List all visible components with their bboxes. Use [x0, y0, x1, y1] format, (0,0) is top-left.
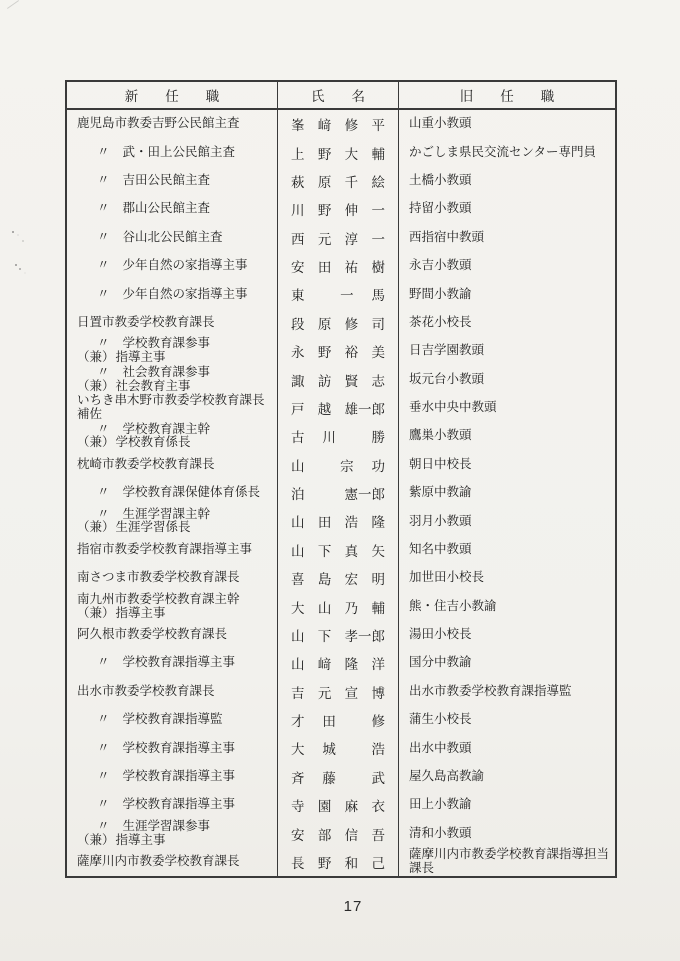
position-line: 〃学校教育課保健体育係長: [77, 486, 275, 500]
position-line: 〃社会教育課参事: [77, 366, 275, 380]
name-unit: 吾: [371, 824, 385, 844]
name-unit: 諏: [291, 370, 305, 390]
cell-old-position: 清和小教頭: [399, 819, 615, 847]
cell-old-position: 出水中教頭: [399, 734, 615, 762]
cell-name: 山下真矢: [278, 536, 399, 564]
name-unit: 戸: [291, 398, 305, 418]
concurrent-post-mark: （兼）: [77, 607, 115, 621]
old-position-text: 野間小教諭: [409, 288, 472, 302]
table-row: 〃学校教育課保健体育係長泊憲一郎紫原中教諭: [67, 479, 615, 507]
name-unit: 淳: [345, 228, 359, 248]
old-position-text: 西指宿中教頭: [409, 231, 484, 245]
name-unit: 東: [291, 284, 305, 304]
header-label-old-position: 旧 任 職: [460, 85, 555, 105]
cell-new-position: 南九州市教委学校教育課主幹（兼）指導主事: [67, 592, 278, 620]
old-position-text: 持留小教頭: [409, 202, 472, 216]
table-row: 〃学校教育課指導主事大城浩出水中教頭: [67, 734, 615, 762]
position-text: 枕崎市教委学校教育課長: [77, 458, 215, 472]
name-unit: 野: [318, 143, 332, 163]
name-unit: 憲一郎: [345, 483, 386, 503]
name-unit: 斉: [291, 767, 305, 787]
position-line: 〃吉田公民館主査: [77, 174, 275, 188]
name-unit: 一: [371, 228, 385, 248]
cell-old-position: 薩摩川内市教委学校教育課指導担当課長: [399, 848, 615, 876]
ditto-mark: 〃: [97, 742, 110, 756]
old-position-text: 朝日中校長: [409, 458, 472, 472]
position-line: （兼）生涯学習係長: [77, 521, 275, 535]
name-unit: 孝一郎: [345, 625, 386, 645]
old-position-text: 鷹巣小教頭: [409, 429, 472, 443]
position-text: 武・田上公民館主査: [123, 146, 236, 160]
position-line: （兼）指導主事: [77, 351, 275, 365]
name-unit: 田: [318, 256, 332, 276]
cell-name: 安部信吾: [278, 819, 399, 847]
scanned-document-page: 新 任 職 氏 名 旧 任 職 鹿児島市教委吉野公民館主査峯﨑修平山重小教頭〃武…: [0, 0, 680, 961]
concurrent-post-mark: （兼）: [77, 834, 115, 848]
name-unit: 段: [291, 313, 305, 333]
old-position-text: 知名中教頭: [409, 543, 472, 557]
position-text: いちき串木野市教委学校教育課長補佐: [77, 394, 275, 422]
name-unit: 絵: [371, 171, 385, 191]
name-unit: 祐: [345, 256, 359, 276]
ditto-mark: 〃: [97, 337, 110, 351]
position-text: 学校教育課指導主事: [123, 742, 236, 756]
name-unit: 一: [371, 199, 385, 219]
cell-old-position: かごしま県民交流センター専門員: [399, 138, 615, 166]
name-unit: 才: [291, 710, 305, 730]
name-unit: 修: [371, 710, 385, 730]
cell-old-position: 日吉学園教頭: [399, 337, 615, 365]
position-text: 少年自然の家指導主事: [123, 259, 248, 273]
cell-old-position: 湯田小校長: [399, 621, 615, 649]
name-unit: 樹: [371, 256, 385, 276]
position-text: 生涯学習課参事: [123, 820, 211, 834]
cell-name: 東一馬: [278, 280, 399, 308]
name-unit: 泊: [291, 483, 305, 503]
cell-name: 山宗功: [278, 451, 399, 479]
name-unit: 馬: [371, 284, 385, 304]
cell-new-position: 鹿児島市教委吉野公民館主査: [67, 110, 278, 138]
position-line: 〃少年自然の家指導主事: [77, 259, 275, 273]
ditto-mark: 〃: [97, 798, 110, 812]
name-unit: 大: [291, 597, 305, 617]
cell-name: 大城浩: [278, 734, 399, 762]
name-unit: 元: [318, 682, 332, 702]
cell-new-position: 〃学校教育課指導監: [67, 706, 278, 734]
concurrent-post-mark: （兼）: [77, 436, 115, 450]
position-line: 〃学校教育課指導主事: [77, 770, 275, 784]
name-unit: 洋: [371, 653, 385, 673]
position-text: 指宿市教委学校教育課指導主事: [77, 543, 252, 557]
cell-name: 諏訪賢志: [278, 365, 399, 393]
concurrent-post-mark: （兼）: [77, 380, 115, 394]
position-text: 指導主事: [116, 834, 166, 848]
name-unit: 裕: [345, 341, 359, 361]
old-position-text: 土橋小教頭: [409, 174, 472, 188]
name-unit: 和: [345, 852, 359, 872]
cell-old-position: 鷹巣小教頭: [399, 422, 615, 450]
ditto-mark: 〃: [97, 174, 110, 188]
name-unit: 山: [291, 455, 305, 475]
cell-new-position: いちき串木野市教委学校教育課長補佐: [67, 394, 278, 422]
position-line: 〃学校教育課指導主事: [77, 798, 275, 812]
table-row: 薩摩川内市教委学校教育課長長野和己薩摩川内市教委学校教育課指導担当課長: [67, 848, 615, 876]
name-unit: 宏: [345, 568, 359, 588]
cell-old-position: 屋久島高教諭: [399, 763, 615, 791]
position-text: 学校教育課指導主事: [123, 770, 236, 784]
name-unit: 﨑: [318, 114, 332, 134]
table-row: 〃学校教育課指導主事斉藤武屋久島高教諭: [67, 763, 615, 791]
table-row: 〃少年自然の家指導主事東一馬野間小教諭: [67, 280, 615, 308]
name-unit: 平: [371, 114, 385, 134]
name-unit: 山: [291, 625, 305, 645]
cell-old-position: 土橋小教頭: [399, 167, 615, 195]
name-unit: 萩: [291, 171, 305, 191]
position-text: 鹿児島市教委吉野公民館主査: [77, 117, 240, 131]
table-row: 〃社会教育課参事（兼）社会教育主事諏訪賢志坂元台小教頭: [67, 365, 615, 393]
table-row: 〃谷山北公民館主査西元淳一西指宿中教頭: [67, 224, 615, 252]
old-position-text: 清和小教頭: [409, 827, 472, 841]
position-text: 学校教育課指導主事: [123, 656, 236, 670]
cell-new-position: 出水市教委学校教育課長: [67, 678, 278, 706]
old-position-text: 湯田小校長: [409, 628, 472, 642]
name-unit: 寺: [291, 795, 305, 815]
cell-name: 山下孝一郎: [278, 621, 399, 649]
position-line: （兼）学校教育係長: [77, 436, 275, 450]
name-unit: 隆: [371, 511, 385, 531]
name-unit: 野: [318, 852, 332, 872]
header-cell-old-position: 旧 任 職: [399, 82, 615, 108]
scan-scratch: [7, 0, 19, 9]
cell-old-position: 茶花小校長: [399, 309, 615, 337]
table-row: 〃生涯学習課参事（兼）指導主事安部信吾清和小教頭: [67, 819, 615, 847]
old-position-text: 出水市教委学校教育課指導監: [409, 685, 572, 699]
cell-new-position: 〃学校教育課指導主事: [67, 791, 278, 819]
name-unit: 元: [318, 228, 332, 248]
position-text: 学校教育課指導監: [123, 713, 223, 727]
position-line: 〃学校教育課参事: [77, 337, 275, 351]
name-unit: 宣: [345, 682, 359, 702]
cell-new-position: 〃郡山公民館主査: [67, 195, 278, 223]
position-line: （兼）社会教育主事: [77, 380, 275, 394]
name-unit: 修: [345, 114, 359, 134]
position-line: 南さつま市教委学校教育課長: [77, 571, 275, 585]
position-line: 〃谷山北公民館主査: [77, 231, 275, 245]
table-row: 出水市教委学校教育課長吉元宣博出水市教委学校教育課指導監: [67, 678, 615, 706]
position-line: 〃郡山公民館主査: [77, 202, 275, 216]
old-position-text: 出水中教頭: [409, 742, 472, 756]
position-text: 薩摩川内市教委学校教育課長: [77, 855, 240, 869]
position-text: 指導主事: [116, 607, 166, 621]
ditto-mark: 〃: [97, 231, 110, 245]
cell-old-position: 持留小教頭: [399, 195, 615, 223]
name-unit: 衣: [371, 795, 385, 815]
cell-old-position: 野間小教諭: [399, 280, 615, 308]
cell-new-position: 〃学校教育課参事（兼）指導主事: [67, 337, 278, 365]
name-unit: 山: [318, 597, 332, 617]
name-unit: 喜: [291, 568, 305, 588]
name-unit: 田: [322, 710, 336, 730]
cell-new-position: 〃学校教育課指導主事: [67, 734, 278, 762]
personnel-transfer-table: 新 任 職 氏 名 旧 任 職 鹿児島市教委吉野公民館主査峯﨑修平山重小教頭〃武…: [65, 80, 617, 878]
position-line: 薩摩川内市教委学校教育課長: [77, 855, 275, 869]
name-unit: 訪: [318, 370, 332, 390]
table-row: 〃吉田公民館主査萩原千絵土橋小教頭: [67, 167, 615, 195]
position-text: 出水市教委学校教育課長: [77, 685, 215, 699]
old-position-text: 蒲生小校長: [409, 713, 472, 727]
position-line: 出水市教委学校教育課長: [77, 685, 275, 699]
old-position-text: 垂水中央中教頭: [409, 401, 497, 415]
position-text: 日置市教委学校教育課長: [77, 316, 215, 330]
table-row: 〃学校教育課主幹（兼）学校教育係長古川勝鷹巣小教頭: [67, 422, 615, 450]
header-cell-new-position: 新 任 職: [67, 82, 278, 108]
name-unit: 野: [318, 341, 332, 361]
position-text: 学校教育課保健体育係長: [123, 486, 261, 500]
cell-old-position: 田上小教諭: [399, 791, 615, 819]
old-position-text: 永吉小教頭: [409, 259, 472, 273]
table-row: 〃学校教育課参事（兼）指導主事永野裕美日吉学園教頭: [67, 337, 615, 365]
name-unit: 長: [291, 852, 305, 872]
old-position-text: 加世田小校長: [409, 571, 484, 585]
name-unit: 原: [318, 171, 332, 191]
name-unit: 浩: [371, 738, 385, 758]
cell-new-position: 南さつま市教委学校教育課長: [67, 564, 278, 592]
position-line: 阿久根市教委学校教育課長: [77, 628, 275, 642]
name-unit: 明: [371, 568, 385, 588]
name-unit: 山: [291, 653, 305, 673]
position-line: （兼）指導主事: [77, 834, 275, 848]
name-unit: 美: [371, 341, 385, 361]
position-text: 阿久根市教委学校教育課長: [77, 628, 227, 642]
name-unit: 山: [291, 511, 305, 531]
table-row: いちき串木野市教委学校教育課長補佐戸越雄一郎垂水中央中教頭: [67, 394, 615, 422]
cell-name: 斉藤武: [278, 763, 399, 791]
ditto-mark: 〃: [97, 713, 110, 727]
table-row: 〃生涯学習課主幹（兼）生涯学習係長山田浩隆羽月小教頭: [67, 507, 615, 535]
name-unit: 上: [291, 143, 305, 163]
position-text: 南九州市教委学校教育課主幹: [77, 593, 240, 607]
old-position-text: 熊・住吉小教諭: [409, 600, 497, 614]
name-unit: 大: [345, 143, 359, 163]
position-text: 郡山公民館主査: [123, 202, 211, 216]
name-unit: 輔: [371, 143, 385, 163]
name-unit: 博: [371, 682, 385, 702]
cell-name: 戸越雄一郎: [278, 394, 399, 422]
cell-name: 西元淳一: [278, 224, 399, 252]
name-unit: 部: [318, 824, 332, 844]
table-row: 鹿児島市教委吉野公民館主査峯﨑修平山重小教頭: [67, 110, 615, 138]
name-unit: 司: [371, 313, 385, 333]
name-unit: 川: [322, 426, 336, 446]
name-unit: 川: [291, 199, 305, 219]
name-unit: 島: [318, 568, 332, 588]
ditto-mark: 〃: [97, 820, 110, 834]
position-text: 生涯学習係長: [116, 521, 191, 535]
cell-new-position: 〃学校教育課指導主事: [67, 763, 278, 791]
old-position-text: 国分中教諭: [409, 656, 472, 670]
name-unit: 下: [318, 540, 332, 560]
cell-old-position: 国分中教諭: [399, 649, 615, 677]
scan-speck: [15, 264, 17, 266]
name-unit: 雄一郎: [345, 398, 386, 418]
table-row: 〃武・田上公民館主査上野大輔かごしま県民交流センター専門員: [67, 138, 615, 166]
name-unit: 吉: [291, 682, 305, 702]
old-position-text: 屋久島高教諭: [409, 770, 484, 784]
position-text: 学校教育係長: [116, 436, 191, 450]
ditto-mark: 〃: [97, 770, 110, 784]
cell-new-position: 〃学校教育課指導主事: [67, 649, 278, 677]
cell-name: 長野和己: [278, 848, 399, 876]
cell-name: 安田祐樹: [278, 252, 399, 280]
position-line: 枕崎市教委学校教育課長: [77, 458, 275, 472]
cell-new-position: 日置市教委学校教育課長: [67, 309, 278, 337]
table-row: 指宿市教委学校教育課指導主事山下真矢知名中教頭: [67, 536, 615, 564]
cell-name: 吉元宣博: [278, 678, 399, 706]
ditto-mark: 〃: [97, 508, 110, 522]
cell-new-position: 〃学校教育課主幹（兼）学校教育係長: [67, 422, 278, 450]
cell-old-position: 垂水中央中教頭: [399, 394, 615, 422]
position-line: 指宿市教委学校教育課指導主事: [77, 543, 275, 557]
position-text: 谷山北公民館主査: [123, 231, 223, 245]
name-unit: 安: [291, 256, 305, 276]
cell-new-position: 〃生涯学習課主幹（兼）生涯学習係長: [67, 507, 278, 535]
cell-new-position: 〃生涯学習課参事（兼）指導主事: [67, 819, 278, 847]
cell-name: 段原修司: [278, 309, 399, 337]
name-unit: 賢: [345, 370, 359, 390]
name-unit: 山: [291, 540, 305, 560]
cell-old-position: 熊・住吉小教諭: [399, 592, 615, 620]
ditto-mark: 〃: [97, 202, 110, 216]
cell-name: 才田修: [278, 706, 399, 734]
ditto-mark: 〃: [97, 486, 110, 500]
old-position-text: 紫原中教諭: [409, 486, 472, 500]
name-unit: 麻: [345, 795, 359, 815]
cell-old-position: 知名中教頭: [399, 536, 615, 564]
header-label-name: 氏 名: [311, 85, 365, 105]
position-line: 〃少年自然の家指導主事: [77, 288, 275, 302]
concurrent-post-mark: （兼）: [77, 351, 115, 365]
old-position-text: 日吉学園教頭: [409, 344, 484, 358]
position-line: いちき串木野市教委学校教育課長補佐: [77, 394, 275, 422]
name-unit: 原: [318, 313, 332, 333]
name-unit: 大: [291, 738, 305, 758]
name-unit: 修: [345, 313, 359, 333]
position-text: 社会教育主事: [116, 380, 191, 394]
concurrent-post-mark: （兼）: [77, 521, 115, 535]
position-line: 鹿児島市教委吉野公民館主査: [77, 117, 275, 131]
position-line: 〃学校教育課指導主事: [77, 656, 275, 670]
cell-name: 山﨑隆洋: [278, 649, 399, 677]
name-unit: 古: [291, 426, 305, 446]
ditto-mark: 〃: [97, 423, 110, 437]
name-unit: 野: [318, 199, 332, 219]
table-row: 南さつま市教委学校教育課長喜島宏明加世田小校長: [67, 564, 615, 592]
cell-old-position: 紫原中教諭: [399, 479, 615, 507]
name-unit: 伸: [345, 199, 359, 219]
ditto-mark: 〃: [97, 656, 110, 670]
header-label-new-position: 新 任 職: [125, 85, 220, 105]
cell-name: 大山乃輔: [278, 592, 399, 620]
cell-new-position: 〃少年自然の家指導主事: [67, 252, 278, 280]
name-unit: 﨑: [318, 653, 332, 673]
cell-new-position: 〃学校教育課保健体育係長: [67, 479, 278, 507]
old-position-text: 羽月小教頭: [409, 515, 472, 529]
cell-new-position: 枕崎市教委学校教育課長: [67, 451, 278, 479]
cell-old-position: 羽月小教頭: [399, 507, 615, 535]
table-row: 〃学校教育課指導主事山﨑隆洋国分中教諭: [67, 649, 615, 677]
cell-old-position: 朝日中校長: [399, 451, 615, 479]
cell-name: 泊憲一郎: [278, 479, 399, 507]
name-unit: 乃: [345, 597, 359, 617]
position-line: 〃学校教育課指導主事: [77, 742, 275, 756]
cell-old-position: 永吉小教頭: [399, 252, 615, 280]
table-row: 枕崎市教委学校教育課長山宗功朝日中校長: [67, 451, 615, 479]
cell-old-position: 西指宿中教頭: [399, 224, 615, 252]
header-cell-name: 氏 名: [278, 82, 399, 108]
name-unit: 志: [371, 370, 385, 390]
name-unit: 一: [340, 284, 354, 304]
cell-old-position: 出水市教委学校教育課指導監: [399, 678, 615, 706]
cell-name: 峯﨑修平: [278, 110, 399, 138]
name-unit: 永: [291, 341, 305, 361]
position-line: 南九州市教委学校教育課主幹: [77, 593, 275, 607]
cell-name: 永野裕美: [278, 337, 399, 365]
cell-old-position: 山重小教頭: [399, 110, 615, 138]
table-row: 〃学校教育課指導主事寺園麻衣田上小教諭: [67, 791, 615, 819]
name-unit: 輔: [371, 597, 385, 617]
old-position-text: 坂元台小教頭: [409, 373, 484, 387]
name-unit: 隆: [345, 653, 359, 673]
name-unit: 安: [291, 824, 305, 844]
name-unit: 西: [291, 228, 305, 248]
ditto-mark: 〃: [97, 366, 110, 380]
table-body: 鹿児島市教委吉野公民館主査峯﨑修平山重小教頭〃武・田上公民館主査上野大輔かごしま…: [67, 110, 615, 876]
position-text: 指導主事: [116, 351, 166, 365]
position-text: 少年自然の家指導主事: [123, 288, 248, 302]
cell-old-position: 加世田小校長: [399, 564, 615, 592]
position-text: 吉田公民館主査: [123, 174, 211, 188]
table-row: 〃郡山公民館主査川野伸一持留小教頭: [67, 195, 615, 223]
position-line: 〃学校教育課指導監: [77, 713, 275, 727]
old-position-text: 薩摩川内市教委学校教育課指導担当課長: [409, 848, 609, 876]
name-unit: 越: [318, 398, 332, 418]
name-unit: 浩: [345, 511, 359, 531]
table-row: 日置市教委学校教育課長段原修司茶花小校長: [67, 309, 615, 337]
position-line: 〃武・田上公民館主査: [77, 146, 275, 160]
position-text: 学校教育課指導主事: [123, 798, 236, 812]
cell-name: 古川勝: [278, 422, 399, 450]
name-unit: 功: [371, 455, 385, 475]
cell-name: 寺園麻衣: [278, 791, 399, 819]
cell-name: 山田浩隆: [278, 507, 399, 535]
scan-speck: [12, 231, 14, 233]
table-header: 新 任 職 氏 名 旧 任 職: [67, 82, 615, 110]
name-unit: 峯: [291, 114, 305, 134]
name-unit: 城: [322, 738, 336, 758]
cell-new-position: 〃吉田公民館主査: [67, 167, 278, 195]
cell-new-position: 〃社会教育課参事（兼）社会教育主事: [67, 365, 278, 393]
name-unit: 下: [318, 625, 332, 645]
name-unit: 宗: [340, 455, 354, 475]
cell-new-position: 薩摩川内市教委学校教育課長: [67, 848, 278, 876]
cell-name: 上野大輔: [278, 138, 399, 166]
table-row: 〃少年自然の家指導主事安田祐樹永吉小教頭: [67, 252, 615, 280]
name-unit: 田: [318, 511, 332, 531]
cell-name: 喜島宏明: [278, 564, 399, 592]
name-unit: 藤: [322, 767, 336, 787]
page-number: 17: [65, 898, 641, 915]
cell-name: 萩原千絵: [278, 167, 399, 195]
